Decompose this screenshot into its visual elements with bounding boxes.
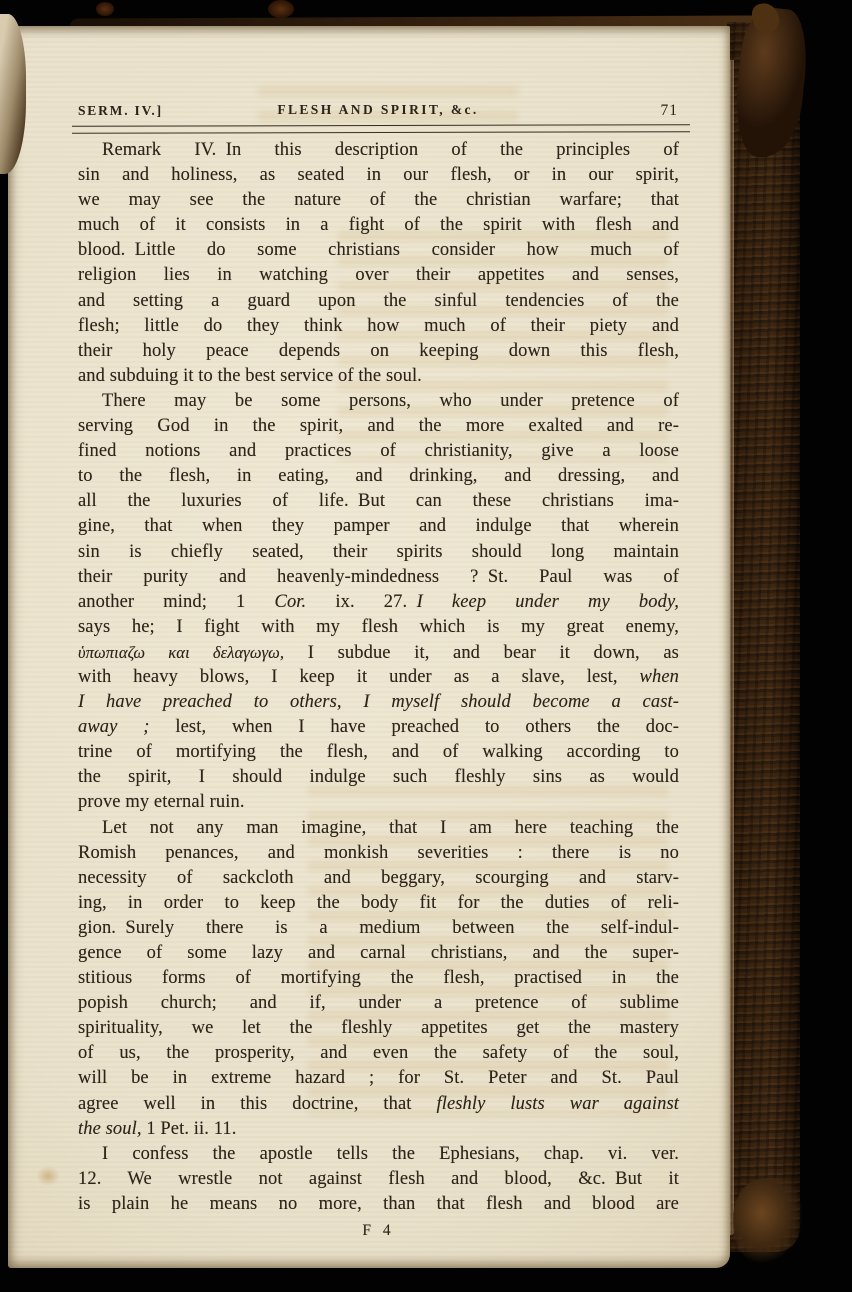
paragraph: There may be some persons, who under pre… <box>78 389 679 816</box>
text-line: popish church; and if, under a pretence … <box>78 991 679 1016</box>
text-line: necessity of sackcloth and beggary, scou… <box>78 866 679 891</box>
debris-speck <box>268 0 294 18</box>
text-line: sin and holiness, as seated in our flesh… <box>78 163 679 188</box>
text-line: we may see the nature of the christian w… <box>78 188 679 213</box>
text-line: trine of mortifying the flesh, and of wa… <box>78 740 679 765</box>
text-line: ing, in order to keep the body fit for t… <box>78 891 679 916</box>
text-line: serving God in the spirit, and the more … <box>78 414 679 439</box>
text-line: Remark IV. In this description of the pr… <box>78 138 679 163</box>
text-line: their purity and heavenly-mindedness ? S… <box>78 565 679 590</box>
paper-stain <box>36 1166 60 1186</box>
paragraph: Let not any man imagine, that I am here … <box>78 816 679 1142</box>
text-line: gion. Surely there is a medium between t… <box>78 916 679 941</box>
page-number: 71 <box>661 102 679 120</box>
text-line: Romish penances, and monkish severities … <box>78 841 679 866</box>
text-line: and subduing it to the best service of t… <box>78 364 679 389</box>
paragraph: Remark IV. In this description of the pr… <box>78 138 679 389</box>
text-line: their holy peace depends on keeping down… <box>78 339 679 364</box>
running-head: SERM. IV.] FLESH AND SPIRIT, &c. 71 <box>78 102 678 120</box>
text-line: ὑπωπιαζω και δελαγωγω, I subdue it, and … <box>78 640 679 665</box>
text-line: 12. We wrestle not against flesh and blo… <box>78 1167 679 1192</box>
header-rule <box>72 124 690 133</box>
text-line: I have preached to others, I myself shou… <box>78 690 679 715</box>
text-line: says he; I fight with my flesh which is … <box>78 615 679 640</box>
text-line: sin is chiefly seated, their spirits sho… <box>78 540 679 565</box>
text-line: with heavy blows, I keep it under as a s… <box>78 665 679 690</box>
worn-corner <box>733 1178 805 1266</box>
running-head-section: SERM. IV.] <box>78 103 163 119</box>
text-line: There may be some persons, who under pre… <box>78 389 679 414</box>
text-line: the spirit, I should indulge such fleshl… <box>78 765 679 790</box>
signature-mark: F 4 <box>78 1222 679 1240</box>
text-line: another mind; 1 Cor. ix. 27. I keep unde… <box>78 590 679 615</box>
paragraph: I confess the apostle tells the Ephesian… <box>78 1142 679 1217</box>
text-line: will be in extreme hazard ; for St. Pete… <box>78 1066 679 1091</box>
debris-speck <box>96 2 114 16</box>
book-photo: SERM. IV.] FLESH AND SPIRIT, &c. 71 Rema… <box>0 0 852 1292</box>
text-line: to the flesh, in eating, and drinking, a… <box>78 464 679 489</box>
text-line: gine, that when they pamper and indulge … <box>78 514 679 539</box>
book-fore-edge <box>727 22 800 1252</box>
text-line: I confess the apostle tells the Ephesian… <box>78 1142 679 1167</box>
text-line: of us, the prosperity, and even the safe… <box>78 1041 679 1066</box>
text-line: away ; lest, when I have preached to oth… <box>78 715 679 740</box>
text-line: flesh; little do they think how much of … <box>78 314 679 339</box>
text-line: fined notions and practices of christian… <box>78 439 679 464</box>
text-line: blood. Little do some christians conside… <box>78 238 679 263</box>
book-page: SERM. IV.] FLESH AND SPIRIT, &c. 71 Rema… <box>8 26 730 1268</box>
text-line: gence of some lazy and carnal christians… <box>78 941 679 966</box>
text-line: spirituality, we let the fleshly appetit… <box>78 1016 679 1041</box>
text-line: agree well in this doctrine, that fleshl… <box>78 1092 679 1117</box>
page-body: Remark IV. In this description of the pr… <box>78 138 679 1217</box>
text-line: Let not any man imagine, that I am here … <box>78 816 679 841</box>
text-line: religion lies in watching over their app… <box>78 263 679 288</box>
text-line: is plain he means no more, than that fle… <box>78 1192 679 1217</box>
text-line: stitious forms of mortifying the flesh, … <box>78 966 679 991</box>
running-head-title: FLESH AND SPIRIT, &c. <box>277 102 478 118</box>
text-line: the soul, 1 Pet. ii. 11. <box>78 1117 679 1142</box>
text-line: prove my eternal ruin. <box>78 790 679 815</box>
text-line: all the luxuries of life. But can these … <box>78 489 679 514</box>
text-line: and setting a guard upon the sinful tend… <box>78 289 679 314</box>
text-line: much of it consists in a fight of the sp… <box>78 213 679 238</box>
